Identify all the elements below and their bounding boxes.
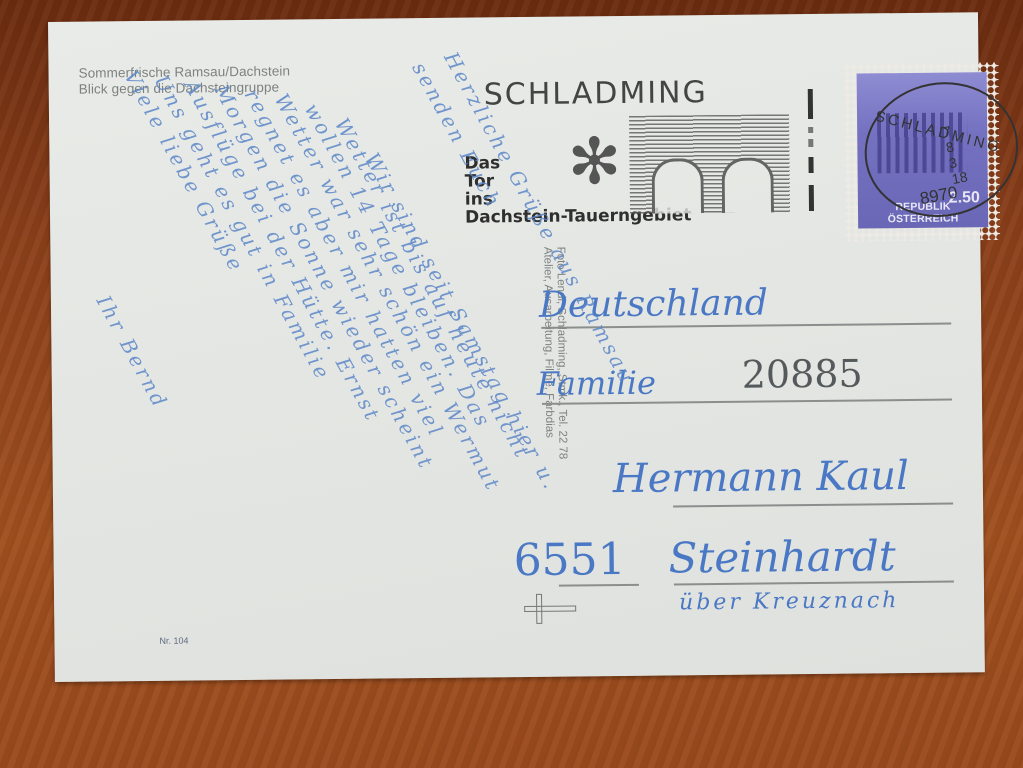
postcard: Sommerfrische Ramsau/Dachstein Blick geg… (48, 12, 985, 682)
cancel-city: SCHLADMING (484, 75, 708, 112)
handwritten-message: Herzliche Grüße aus Ramsau senden Euch W… (89, 108, 475, 672)
card-number: Nr. 104 (159, 636, 188, 646)
gate-arch (721, 157, 774, 213)
message-line: Ihr Bernd (92, 291, 173, 413)
note-number: 20885 (742, 351, 863, 396)
address-line (673, 503, 953, 508)
cancel-bars (804, 89, 819, 214)
recipient-city: Steinhardt (668, 531, 895, 582)
postmark-town: SCHLADMING (873, 108, 1003, 157)
recipient-via: über Kreuznach (679, 588, 900, 615)
address-line2: Familie (537, 364, 656, 403)
postmark-code: 8970 (918, 183, 959, 210)
recipient-name: Hermann Kaul (613, 453, 909, 502)
edelweiss-icon: ✻ (559, 126, 630, 197)
town-gate-icon (629, 114, 790, 214)
gate-arch (651, 158, 704, 214)
recipient-postal-code: 6551 (513, 534, 626, 586)
publisher-logo-icon (524, 594, 576, 625)
imprint-line-2: Atelier, Ausarbeitung, Filme, Farbdias (540, 247, 555, 460)
